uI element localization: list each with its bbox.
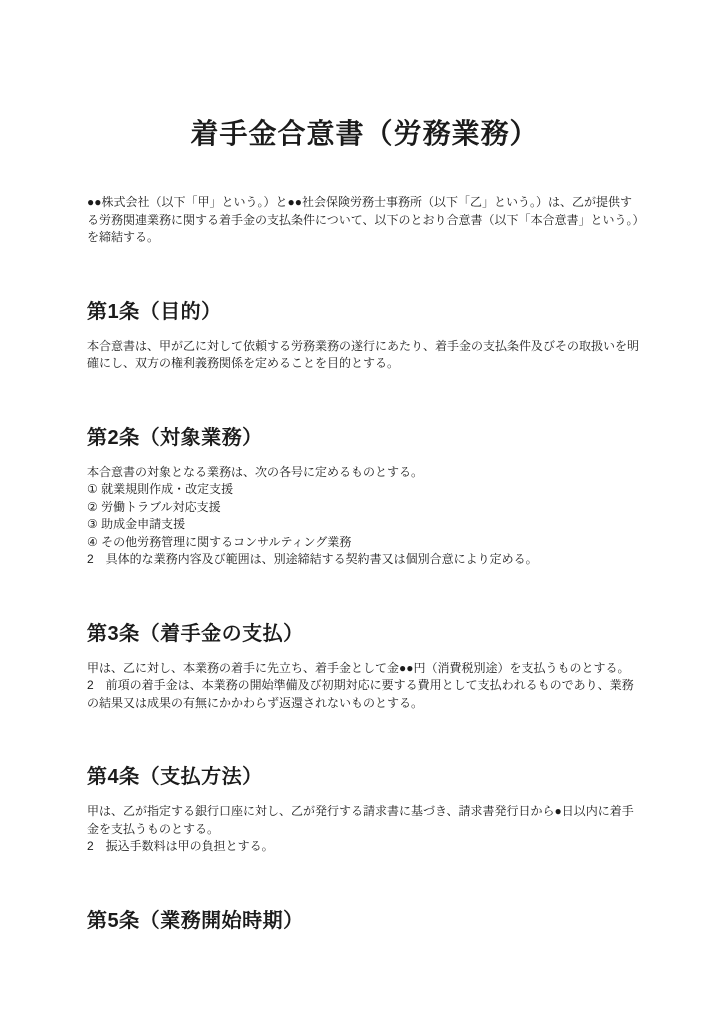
article-3-clause-1: 甲は、乙に対し、本業務の着手に先立ち、着手金として金●●円（消費税別途）を支払う… [87, 660, 642, 678]
article-5: 第5条（業務開始時期） [87, 908, 642, 934]
article-5-heading: 第5条（業務開始時期） [87, 908, 642, 934]
article-4-heading: 第4条（支払方法） [87, 764, 642, 790]
article-1-heading: 第1条（目的） [87, 299, 642, 325]
article-4-clause-2: 2 振込手数料は甲の負担とする。 [87, 838, 642, 856]
article-1-paragraph: 本合意書は、甲が乙に対して依頼する労務業務の遂行にあたり、着手金の支払条件及びそ… [87, 338, 642, 373]
document-title: 着手金合意書（労務業務） [87, 112, 642, 156]
article-4: 第4条（支払方法） 甲は、乙が指定する銀行口座に対し、乙が発行する請求書に基づき… [87, 764, 642, 856]
article-3: 第3条（着手金の支払） 甲は、乙に対し、本業務の着手に先立ち、着手金として金●●… [87, 621, 642, 713]
article-2-clause-2: 2 具体的な業務内容及び範囲は、別途締結する契約書又は個別合意により定める。 [87, 551, 642, 569]
article-4-clause-1: 甲は、乙が指定する銀行口座に対し、乙が発行する請求書に基づき、請求書発行日から●… [87, 803, 642, 838]
article-2-item-1: ① 就業規則作成・改定支援 [87, 481, 642, 499]
article-1: 第1条（目的） 本合意書は、甲が乙に対して依頼する労務業務の遂行にあたり、着手金… [87, 299, 642, 373]
article-2-item-3: ③ 助成金申請支援 [87, 516, 642, 534]
article-2-item-4: ④ その他労務管理に関するコンサルティング業務 [87, 534, 642, 552]
article-2-lead-paragraph: 本合意書の対象となる業務は、次の各号に定めるものとする。 [87, 464, 642, 482]
article-3-heading: 第3条（着手金の支払） [87, 621, 642, 647]
article-2: 第2条（対象業務） 本合意書の対象となる業務は、次の各号に定めるものとする。 ①… [87, 425, 642, 569]
document-page: 着手金合意書（労務業務） ●●株式会社（以下「甲」という。）と●●社会保険労務士… [0, 0, 724, 1024]
article-3-clause-2: 2 前項の着手金は、本業務の開始準備及び初期対応に要する費用として支払われるもの… [87, 677, 642, 712]
intro-paragraph: ●●株式会社（以下「甲」という。）と●●社会保険労務士事務所（以下「乙」という。… [87, 194, 642, 247]
article-2-heading: 第2条（対象業務） [87, 425, 642, 451]
article-2-item-2: ② 労働トラブル対応支援 [87, 499, 642, 517]
